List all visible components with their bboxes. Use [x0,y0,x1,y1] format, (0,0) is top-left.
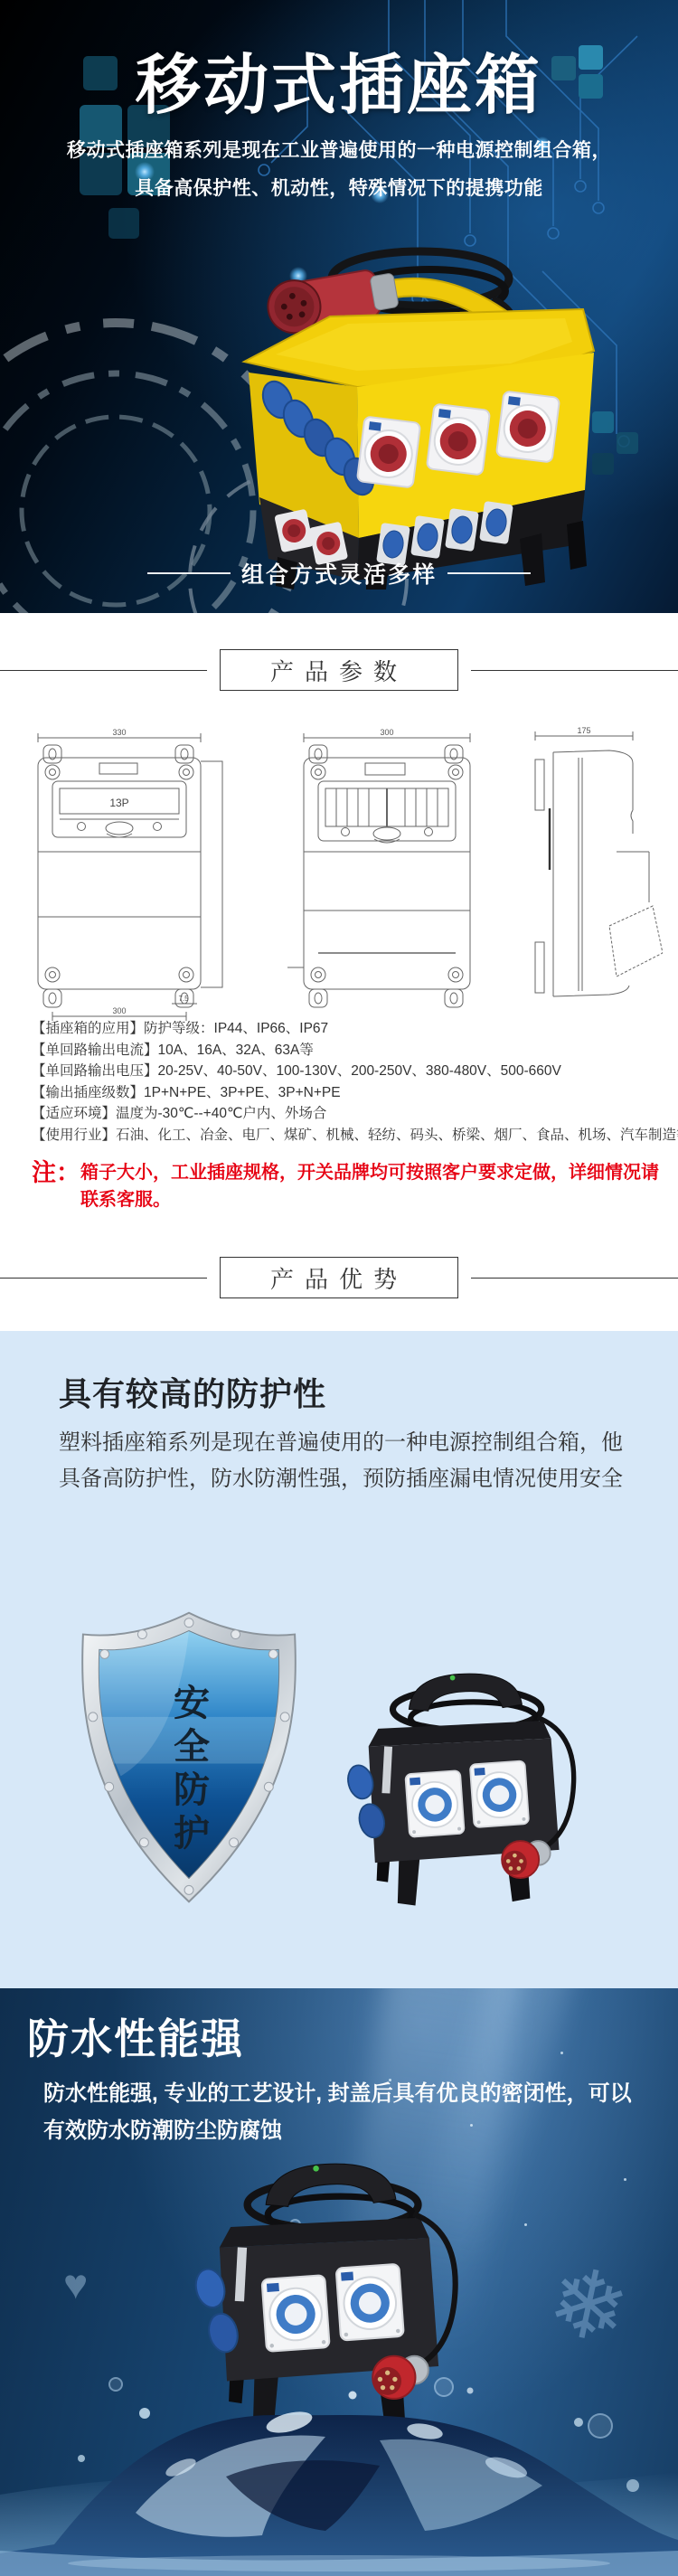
tagline-text: 组合方式灵活多样 [241,557,437,590]
water-splash [0,2359,678,2576]
tagline-line-right [447,572,531,574]
param-value: 温度为-30℃--+40℃户内、外场合 [116,1106,326,1121]
title-rule-left [0,670,207,671]
dim-label: 175 [577,726,590,735]
advantage-waterproof-body: 防水性能强, 专业的工艺设计, 封盖后具有优良的密闭性，可以有效防水防潮防尘防腐… [43,2075,645,2149]
hero-banner: 移动式插座箱 移动式插座箱系列是现在工业普遍使用的一种电源控制组合箱， 具备高保… [0,0,678,613]
water-heart-decor: ♥ [63,2260,88,2308]
param-label: 【使用行业】 [32,1128,116,1143]
section-title-advantages: 产品优势 [220,1257,458,1298]
hero-description-line1: 移动式插座箱系列是现在工业普遍使用的一种电源控制组合箱， [0,136,678,163]
param-row-voltage: 【单回路输出电压】20-25V、40-50V、100-130V、200-250V… [32,1061,664,1082]
sparkle-decor [524,2223,527,2226]
params-title-row: 产品参数 [0,649,678,691]
shield-label: 安全防护 [164,1684,215,1857]
dim-label: 300 [112,1006,126,1015]
hero-description-line2: 具备高保护性、机动性，特殊情况下的提携功能 [0,174,678,201]
security-shield: 安全防护 [72,1600,306,1915]
product-image-black-socket-box [315,1667,615,1910]
param-value: 10A、16A、32A、63A等 [158,1043,314,1058]
drawing-front-view: 330 13P 300 7.5 [20,725,232,1024]
param-value: 防护等级：IP44、IP66、IP67 [144,1021,328,1036]
param-value: 石油、化工、冶金、电厂、煤矿、机械、轻纺、码头、桥梁、烟厂、食品、机场、汽车制造… [116,1128,678,1143]
product-detail-page: 移动式插座箱 移动式插座箱系列是现在工业普遍使用的一种电源控制组合箱， 具备高保… [0,0,678,2576]
advantage-protection-heading: 具有较高的防护性 [59,1369,326,1415]
snowflake-decor: ❄ [538,2243,638,2368]
title-rule-right [471,670,678,671]
param-label: 【单回路输出电流】 [32,1043,158,1058]
param-label: 【输出插座级数】 [32,1085,144,1100]
drawing-breaker-view: 300 [287,725,491,1024]
customization-note: 注： 箱子大小，工业插座规格，开关品牌均可按照客户要求定做，详细情况请联系客服。 [32,1159,669,1213]
sparkle-decor [624,2178,626,2181]
param-row-industries: 【使用行业】石油、化工、冶金、电厂、煤矿、机械、轻纺、码头、桥梁、烟厂、食品、机… [32,1125,664,1146]
advantages-title-row: 产品优势 [0,1257,678,1298]
param-value: 1P+N+PE、3P+PE、3P+N+PE [144,1085,341,1100]
technical-drawings: 330 13P 300 7.5 [0,725,678,1024]
panel-label: 13P [109,797,128,809]
hero-tagline: 组合方式灵活多样 [0,557,678,590]
advantage-waterproof-heading: 防水性能强 [27,2006,244,2066]
tagline-line-left [147,572,231,574]
section-title-params: 产品参数 [220,649,458,691]
dim-label: 7.5 [178,995,189,1003]
param-value: 20-25V、40-50V、100-130V、200-250V、380-480V… [158,1063,561,1079]
advantage-protection-body: 塑料插座箱系列是现在普遍使用的一种电源控制组合箱，他具备高防护性，防水防潮性强，… [59,1425,628,1497]
param-label: 【单回路输出电压】 [32,1063,158,1079]
product-params-section: 产品参数 [0,613,678,1331]
product-image-yellow-socket-box [221,226,624,590]
advantage-protection-section: 具有较高的防护性 塑料插座箱系列是现在普遍使用的一种电源控制组合箱，他具备高防护… [0,1331,678,1988]
dim-label: 300 [380,728,393,737]
param-row-poles: 【输出插座级数】1P+N+PE、3P+PE、3P+N+PE [32,1082,664,1104]
param-list: 【插座箱的应用】防护等级：IP44、IP66、IP67 【单回路输出电流】10A… [32,1018,664,1146]
note-prefix: 注： [32,1159,80,1186]
title-rule-right [471,1278,678,1279]
advantage-waterproof-section: 防水性能强 防水性能强, 专业的工艺设计, 封盖后具有优良的密闭性，可以有效防水… [0,1988,678,2576]
param-row-environment: 【适应环境】温度为-30℃--+40℃户内、外场合 [32,1103,664,1125]
param-row-current: 【单回路输出电流】10A、16A、32A、63A等 [32,1040,664,1062]
title-rule-left [0,1278,207,1279]
param-label: 【适应环境】 [32,1106,116,1121]
param-row-application: 【插座箱的应用】防护等级：IP44、IP66、IP67 [32,1018,664,1040]
param-label: 【插座箱的应用】 [32,1021,144,1036]
page-title: 移动式插座箱 [0,33,678,127]
note-text: 箱子大小，工业插座规格，开关品牌均可按照客户要求定做，详细情况请联系客服。 [80,1159,669,1213]
dim-label: 330 [112,728,126,737]
drawing-side-view: 175 [523,725,663,1024]
sparkle-decor [560,2052,563,2054]
